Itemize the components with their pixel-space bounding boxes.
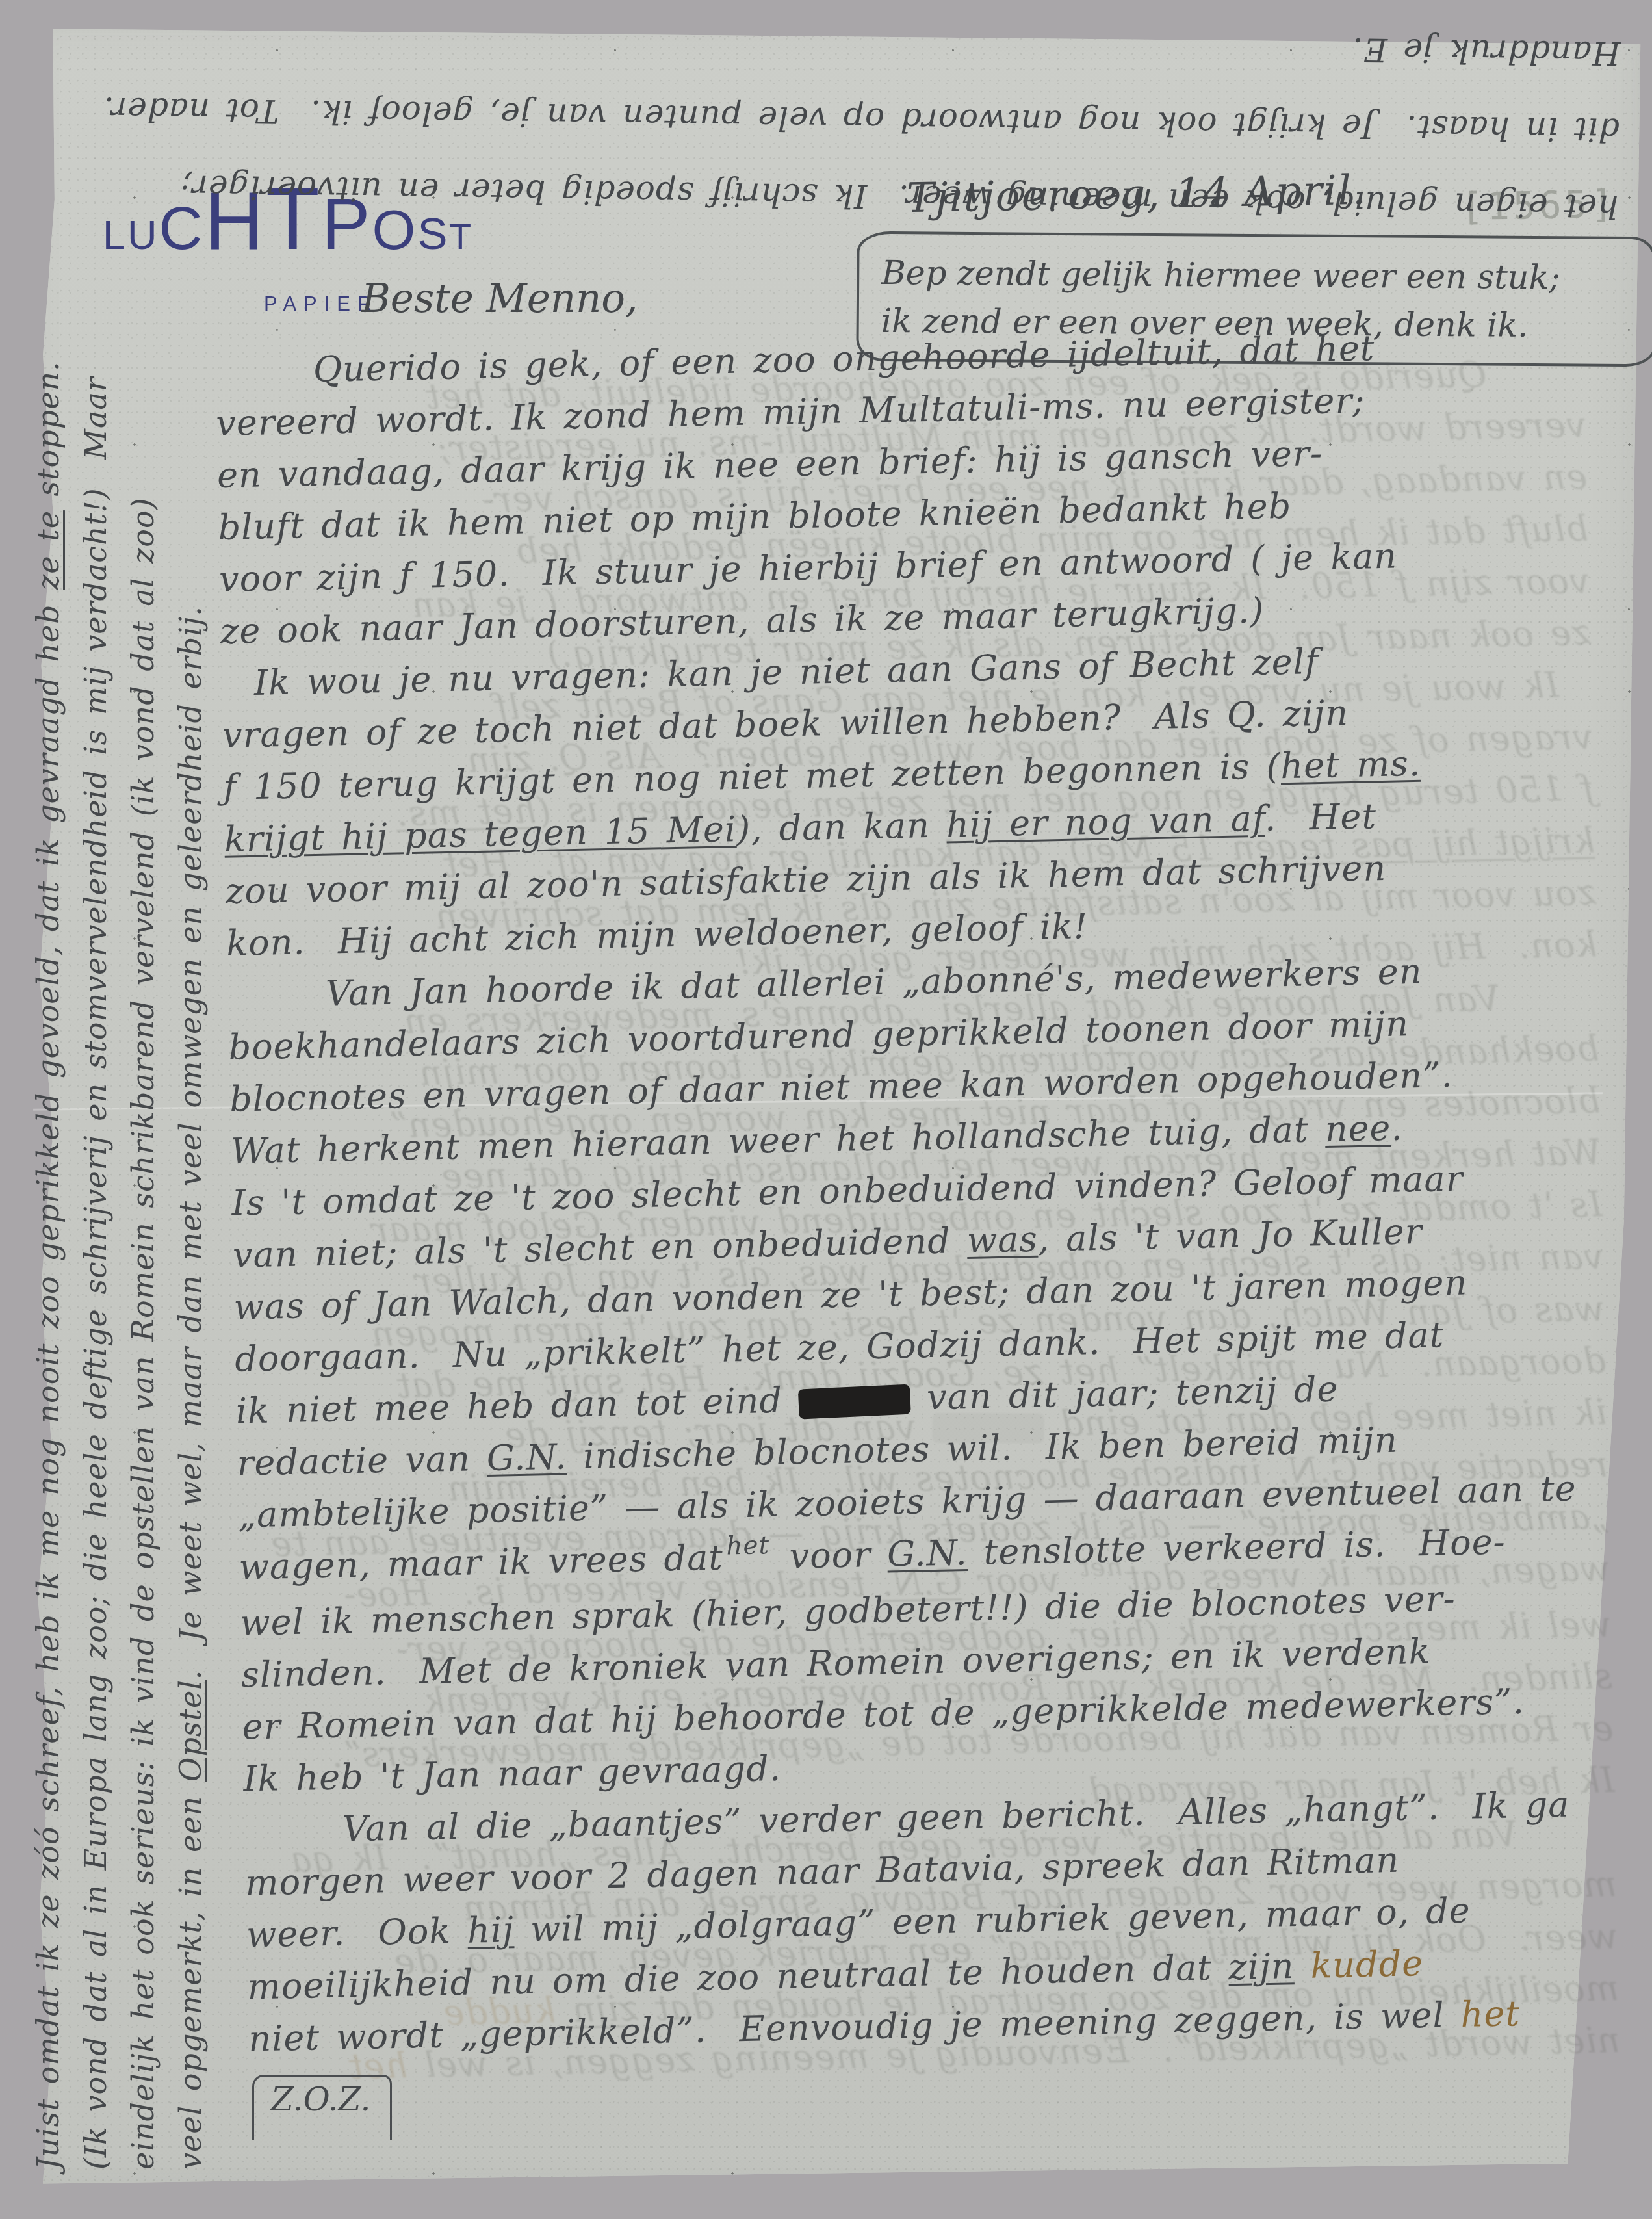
zoz-mark: Z.O.Z. <box>252 2075 392 2140</box>
scanned-letter-canvas: Querido is gek, of een zoo ongehoorde ij… <box>0 0 1652 2219</box>
top-note-inverted: het eigen geluid, ook een meening weer. … <box>32 0 1621 245</box>
body-text: Querido is gek, of een zoo ongehoorde ij… <box>214 317 1652 2065</box>
margin-note-line: Juist omdat ik ze zóó schreef, heb ik me… <box>25 148 72 2170</box>
salutation: Beste Menno, <box>361 276 638 322</box>
redacted-word <box>798 1384 911 1420</box>
margin-note: Juist omdat ik ze zóó schreef, heb ik me… <box>25 148 214 2170</box>
margin-note-line: eindelijk het ook serieus: ik vind de op… <box>120 148 167 2170</box>
top-note-line: dit in haast. Je krijgt ook nog antwoord… <box>33 0 1621 168</box>
margin-note-line: (Ik vond dat al in Europa lang zoo; die … <box>72 148 120 2170</box>
boxed-note-line: Bep zendt gelijk hiermee weer een stuk; <box>881 250 1634 303</box>
margin-note-line: veel opgemerkt, in een Opstel. Je weet w… <box>167 148 214 2170</box>
